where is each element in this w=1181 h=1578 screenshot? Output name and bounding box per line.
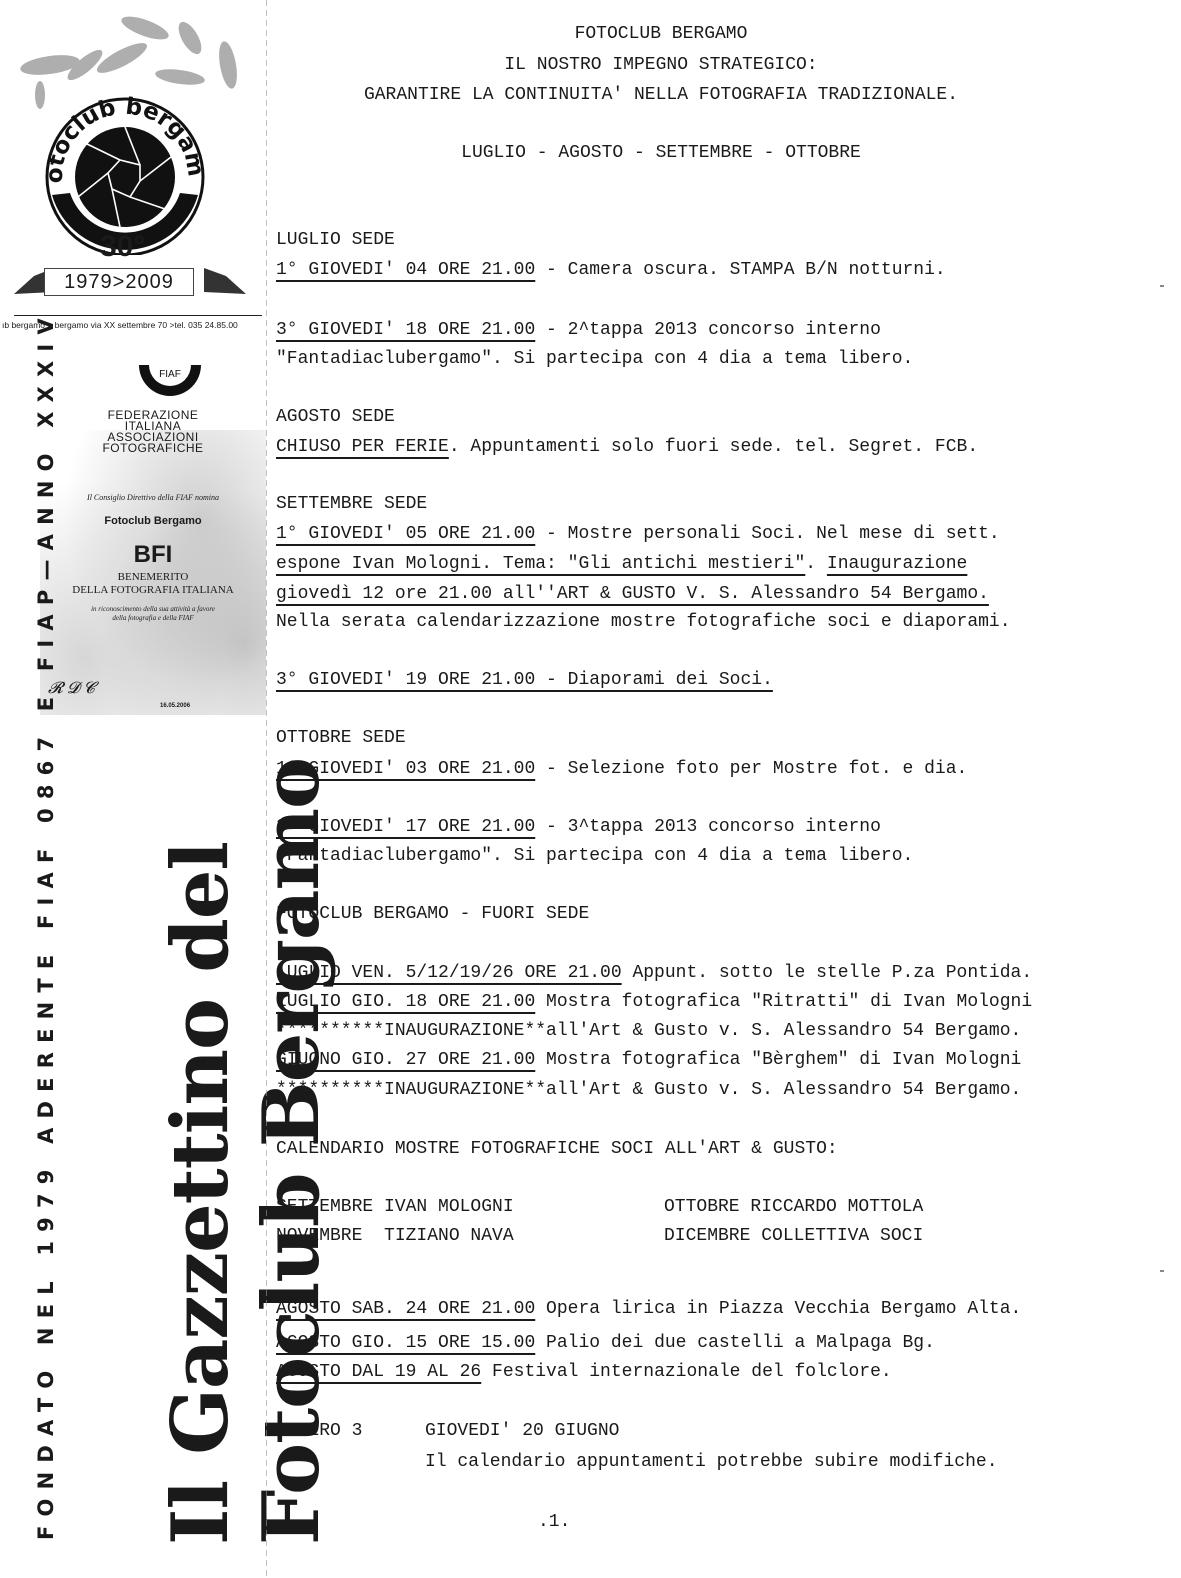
section-title-fuori-sede: FOTOCLUB BERGAMO - FUORI SEDE xyxy=(276,904,589,924)
calendario-row: NOVEMBRE TIZIANO NAVA xyxy=(276,1226,514,1246)
certificate-honor-title: BENEMERITO DELLA FOTOGRAFIA ITALIANA xyxy=(40,571,266,597)
event-date: CHIUSO PER FERIE xyxy=(276,437,449,457)
masthead-sidebar: fotoclub bergamo 30° 1979>2009 ıb bergam… xyxy=(0,0,266,1578)
fuori-sede-event: **********INAUGURAZIONE**all'Art & Gusto… xyxy=(276,1021,1021,1041)
event-settembre-1: 1° GIOVEDI' 05 ORE 21.00 - Mostre person… xyxy=(276,524,1000,544)
certificate-date: 16.05.2006 xyxy=(160,703,386,709)
fuori-sede-event: GIUGNO GIO. 27 ORE 21.00 Mostra fotograf… xyxy=(276,1050,1021,1070)
agosto-event: AGOSTO SAB. 24 ORE 21.00 Opera lirica in… xyxy=(276,1299,1021,1319)
certificate-org-name: FEDERAZIONE ITALIANA ASSOCIAZIONI FOTOGR… xyxy=(40,410,266,454)
certificate-council-line: Il Consiglio Direttivo della FIAF nomina xyxy=(40,493,266,502)
event-text: - Selezione foto per Mostre fot. e dia. xyxy=(535,759,967,779)
column-divider xyxy=(266,0,267,1578)
event-text: - 3^tappa 2013 concorso interno xyxy=(535,817,881,837)
agosto-event: AGOSTO DAL 19 AL 26 Festival internazion… xyxy=(276,1362,892,1382)
scan-speck xyxy=(1160,1270,1164,1272)
years-label: 1979>2009 xyxy=(44,268,194,296)
event-ottobre-2-detail: "Fantadiaclubergamo". Si partecipa con 4… xyxy=(276,846,913,866)
months-heading: LUGLIO - AGOSTO - SETTEMBRE - OTTOBRE xyxy=(276,143,1046,163)
event-date: 1° GIOVEDI' 03 ORE 21.00 xyxy=(276,759,535,779)
fuori-sede-event: **********INAUGURAZIONE**all'Art & Gusto… xyxy=(276,1080,1021,1100)
section-title-agosto: AGOSTO SEDE xyxy=(276,407,395,427)
masthead-title-line1: Il Gazzettino del xyxy=(155,842,246,1545)
calendario-row: SETTEMBRE IVAN MOLOGNI xyxy=(276,1197,514,1217)
commitment-heading: IL NOSTRO IMPEGNO STRATEGICO: xyxy=(276,55,1046,75)
fuori-sede-event: LUGLIO VEN. 5/12/19/26 ORE 21.00 Appunt.… xyxy=(276,963,1032,983)
event-ottobre-1: 1° GIOVEDI' 03 ORE 21.00 - Selezione fot… xyxy=(276,759,967,779)
anniversary-label: 30° xyxy=(100,230,145,264)
section-title-ottobre: OTTOBRE SEDE xyxy=(276,728,406,748)
event-date: 3° GIOVEDI' 17 ORE 21.00 xyxy=(276,817,535,837)
fiaf-certificate: FIAF FEDERAZIONE ITALIANA ASSOCIAZIONI F… xyxy=(40,365,266,715)
event-settembre-1-line4: Nella serata calendarizzazione mostre fo… xyxy=(276,612,1011,632)
page-number: .1. xyxy=(538,1512,570,1532)
event-luglio-1: 1° GIOVEDI' 04 ORE 21.00 - Camera oscura… xyxy=(276,260,946,280)
event-settembre-1-line2: espone Ivan Mologni. Tema: "Gli antichi … xyxy=(276,554,967,574)
event-settembre-2: 3° GIOVEDI' 19 ORE 21.00 - Diaporami dei… xyxy=(276,670,773,690)
certificate-club: Fotoclub Bergamo xyxy=(40,515,266,527)
event-text: - Mostre personali Soci. Nel mese di set… xyxy=(535,524,999,544)
schedule-disclaimer: Il calendario appuntamenti potrebbe subi… xyxy=(425,1452,998,1472)
issue-number: NUMERO 3 xyxy=(276,1421,362,1441)
vertical-caption: FONDATO NEL 1979 ADERENTE FIAF 0867 E FI… xyxy=(34,309,58,1540)
event-text: . Appuntamenti solo fuori sede. tel. Seg… xyxy=(449,437,978,457)
section-title-calendario: CALENDARIO MOSTRE FOTOGRAFICHE SOCI ALL'… xyxy=(276,1139,838,1159)
certificate-honor: BFI xyxy=(40,541,266,569)
event-text: - 2^tappa 2013 concorso interno xyxy=(535,320,881,340)
mission-statement: GARANTIRE LA CONTINUITA' NELLA FOTOGRAFI… xyxy=(276,85,1046,105)
signature-icon: 𝓡 𝓓 𝓒 xyxy=(48,680,274,698)
fuori-sede-event: LUGLIO GIO. 18 ORE 21.00 Mostra fotograf… xyxy=(276,992,1032,1012)
event-luglio-2-detail: "Fantadiaclubergamo". Si partecipa con 4… xyxy=(276,349,913,369)
svg-text:FIAF: FIAF xyxy=(159,369,181,380)
event-settembre-1-line3: giovedì 12 ore 21.00 all''ART & GUSTO V.… xyxy=(276,584,989,604)
calendario-row: OTTOBRE RICCARDO MOTTOLA xyxy=(664,1197,923,1217)
event-ottobre-2: 3° GIOVEDI' 17 ORE 21.00 - 3^tappa 2013 … xyxy=(276,817,881,837)
certificate-recognition: in riconoscimento della sua attività a f… xyxy=(40,605,266,623)
event-date: 1° GIOVEDI' 05 ORE 21.00 xyxy=(276,524,535,544)
fiaf-logo-icon: FIAF xyxy=(135,365,205,401)
club-title: FOTOCLUB BERGAMO xyxy=(276,24,1046,44)
issue-date: GIOVEDI' 20 GIUGNO xyxy=(425,1421,619,1441)
section-title-settembre: SETTEMBRE SEDE xyxy=(276,494,427,514)
section-title-luglio: LUGLIO SEDE xyxy=(276,230,395,250)
event-luglio-2: 3° GIOVEDI' 18 ORE 21.00 - 2^tappa 2013 … xyxy=(276,320,881,340)
calendario-row: DICEMBRE COLLETTIVA SOCI xyxy=(664,1226,923,1246)
event-text: - Camera oscura. STAMPA B/N notturni. xyxy=(535,260,945,280)
scan-speck xyxy=(1160,285,1164,287)
agosto-event: AGOSTO GIO. 15 ORE 15.00 Palio dei due c… xyxy=(276,1333,935,1353)
event-agosto-1: CHIUSO PER FERIE. Appuntamenti solo fuor… xyxy=(276,437,978,457)
event-date: 1° GIOVEDI' 04 ORE 21.00 xyxy=(276,260,535,280)
event-date: 3° GIOVEDI' 18 ORE 21.00 xyxy=(276,320,535,340)
